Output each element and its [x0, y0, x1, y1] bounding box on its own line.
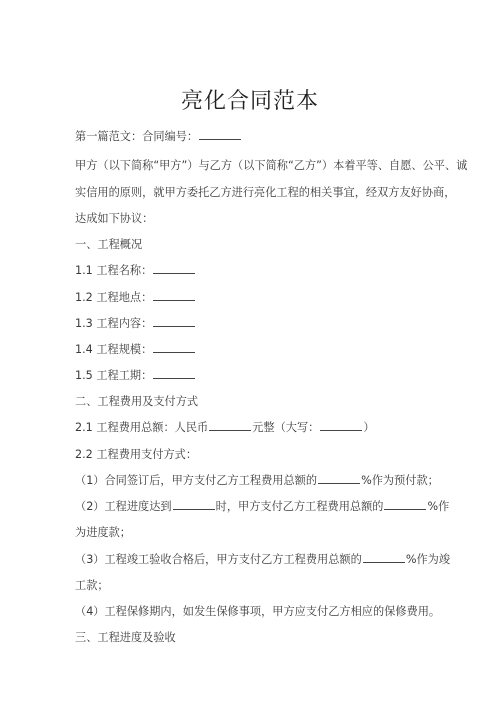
item-1-2: 1.2 工程地点：: [75, 289, 196, 305]
item-2-1: 2.1 工程费用总额：人民币元整（大写：）: [75, 419, 375, 435]
blank-field: [209, 420, 251, 431]
payment-term-1: （1）合同签订后，甲方支付乙方工程费用总额的%作为预付款；: [75, 472, 439, 488]
blank-field: [153, 263, 195, 274]
blank-field: [318, 473, 360, 484]
payment-term-2: （2）工程进度达到时，甲方支付乙方工程费用总额的%作: [75, 498, 449, 514]
paragraph-line: 达成如下协议：: [75, 210, 153, 226]
section-heading-1: 一、工程概况: [75, 236, 142, 252]
blank-field: [153, 342, 195, 353]
paragraph-line: 工款；: [75, 577, 109, 593]
blank-field: [363, 552, 405, 563]
section-heading-3: 三、工程进度及验收: [75, 629, 176, 645]
item-1-1: 1.1 工程名称：: [75, 262, 196, 278]
item-1-4: 1.4 工程规模：: [75, 341, 196, 357]
paragraph-line: 甲方（以下简称“甲方”）与乙方（以下简称“乙方”）本着平等、自愿、公平、诚: [75, 157, 467, 173]
item-1-5: 1.5 工程工期：: [75, 367, 196, 383]
blank-field: [153, 368, 195, 379]
payment-term-4: （4）工程保修期内，如发生保修事项，甲方应支付乙方相应的保修费用。: [75, 603, 440, 619]
section-heading-2: 二、工程费用及支付方式: [75, 393, 198, 409]
paragraph-line: 实信用的原则，就甲方委托乙方进行亮化工程的相关事宜，经双方友好协商，: [75, 184, 455, 200]
payment-term-3: （3）工程竣工验收合格后，甲方支付乙方工程费用总额的%作为竣: [75, 551, 450, 567]
contract-number-line: 第一篇范文：合同编号：: [75, 128, 242, 144]
item-2-2: 2.2 工程费用支付方式：: [75, 446, 197, 462]
document-title: 亮化合同范本: [0, 84, 500, 115]
blank-field: [153, 290, 195, 301]
blank-field: [199, 129, 241, 140]
blank-field: [173, 499, 215, 510]
paragraph-line: 为进度款；: [75, 524, 131, 540]
item-1-3: 1.3 工程内容：: [75, 315, 196, 331]
blank-field: [384, 499, 426, 510]
blank-field: [153, 316, 195, 327]
blank-field: [320, 420, 362, 431]
